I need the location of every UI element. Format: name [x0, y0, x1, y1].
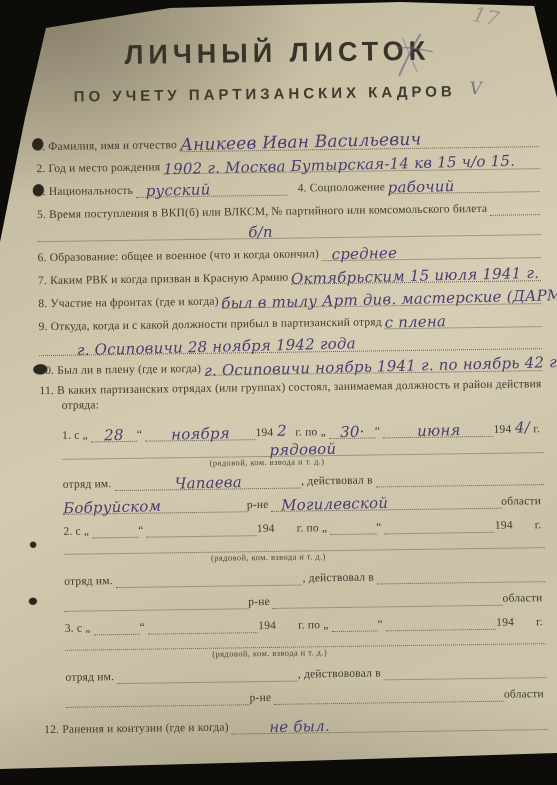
dotted-rule: не был. [231, 704, 547, 734]
dotted-rule [490, 191, 540, 216]
ink-blot [33, 184, 45, 197]
dotted-rule [386, 605, 497, 632]
handwritten-to-year: 4/ [515, 420, 532, 435]
field-row-wounds: 12. Ранения и контузии (где и когда) не … [44, 705, 547, 737]
dotted-rule [331, 606, 377, 632]
handwritten-position: рядовой [269, 442, 336, 459]
document-subtitle: ПО УЧЕТУ ПАРТИЗАНСКИХ КАДРОВ [74, 83, 456, 105]
handwritten-captivity-value: г. Осиповичи ноябрь 1941 г. по ноябрь 42… [204, 355, 557, 379]
dotted-rule: с плена [385, 303, 542, 329]
ink-blot [30, 541, 37, 548]
dotted-rule [375, 462, 543, 487]
form-content: ЛИЧНЫЙ ЛИСТОК 17 ПО УЧЕТУ ПАРТИЗАНСКИХ К… [0, 0, 557, 785]
dotted-rule: 28 [91, 414, 137, 443]
pencil-cross-mark [391, 32, 436, 79]
document-title: ЛИЧНЫЙ ЛИСТОК [0, 34, 556, 73]
dotted-rule [384, 653, 547, 680]
form-body: 1. Фамилия, имя и отчество Аникеев Иван … [0, 122, 557, 738]
dotted-rule [384, 508, 495, 535]
document-paper: ЛИЧНЫЙ ЛИСТОК 17 ПО УЧЕТУ ПАРТИЗАНСКИХ К… [0, 0, 557, 785]
printed-region-label: области [504, 688, 547, 702]
dotted-rule [66, 681, 250, 708]
dotted-rule [148, 608, 259, 635]
dotted-rule: рабочий [388, 168, 540, 194]
dotted-rule [92, 513, 138, 539]
dotted-rule [93, 610, 139, 636]
field-label-wounds: 12. Ранения и контузии (где и когда) [44, 721, 232, 737]
dotted-rule [146, 511, 257, 538]
dotted-rule: русский [136, 172, 288, 198]
dotted-rule [274, 678, 504, 705]
pencil-corner-mark: 17 [470, 2, 502, 31]
dotted-rule: г. Осиповичи ноябрь 1941 г. по ноябрь 42… [204, 348, 542, 376]
ink-blot [28, 597, 37, 605]
field-label-captivity: 10. Был ли в плену (где и когда) [39, 363, 204, 378]
dotted-rule: июня [383, 409, 494, 439]
pencil-check-mark: V [470, 79, 483, 99]
handwritten-from-year: 2 [277, 424, 294, 439]
subtitle-row: ПО УЧЕТУ ПАРТИЗАНСКИХ КАДРОВV [0, 78, 556, 108]
dotted-rule [117, 657, 298, 685]
dotted-rule [377, 557, 545, 584]
dotted-rule: ноября [145, 412, 256, 442]
handwritten-wounds-value: не был. [270, 719, 331, 735]
printed-region-label: области [501, 495, 544, 509]
printed-region-label: области [503, 592, 546, 606]
dotted-rule: 30· [329, 410, 375, 439]
ink-blot [32, 138, 44, 151]
service-entry-3-area: р-не области [44, 678, 547, 708]
dotted-rule [330, 509, 376, 535]
printed-district-label: р-не [250, 692, 275, 705]
